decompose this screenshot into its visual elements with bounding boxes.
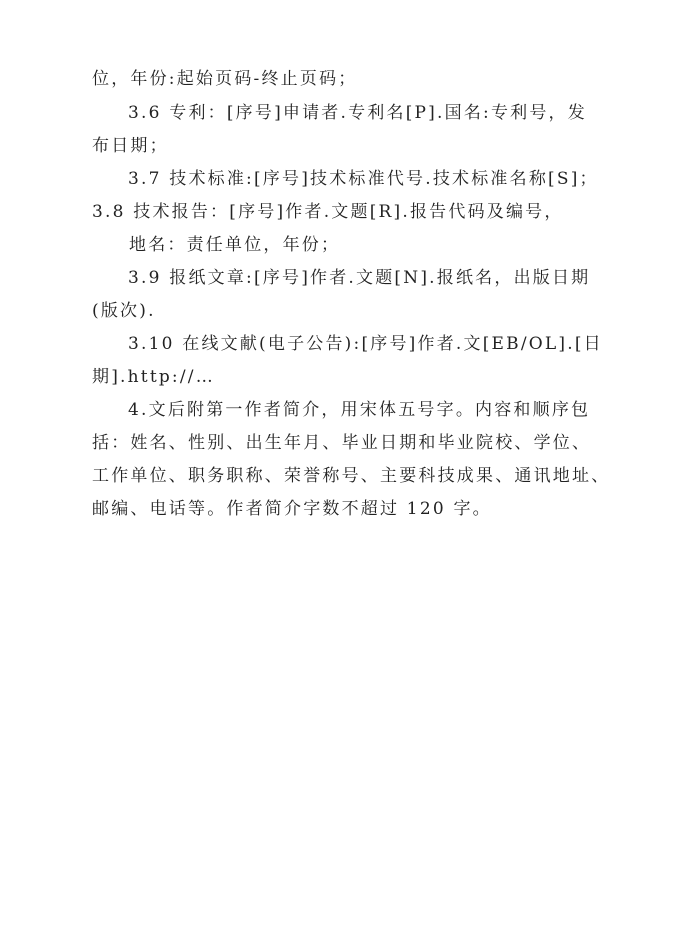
text-line-tech-standard: 3.7 技术标准:[序号]技术标准代号.技术标准名称[S]； [128, 168, 648, 190]
text-line-online-cont: 期].http://… [92, 366, 612, 388]
text-line-patent-cont: 布日期； [92, 135, 612, 157]
text-line-page-range: 位，年份:起始页码-终止页码； [92, 68, 612, 90]
text-line-author-bio-4: 邮编、电话等。作者简介字数不超过 120 字。 [92, 498, 612, 520]
text-line-patent: 3.6 专利：[序号]申请者.专利名[P].国名:专利号，发 [128, 102, 648, 124]
text-line-newspaper: 3.9 报纸文章:[序号]作者.文题[N].报纸名，出版日期 [128, 267, 648, 289]
text-line-newspaper-cont: (版次). [92, 300, 612, 322]
text-line-author-bio-3: 工作单位、职务职称、荣誉称号、主要科技成果、通讯地址、 [92, 465, 612, 487]
text-line-author-bio: 4.文后附第一作者简介，用宋体五号字。内容和顺序包 [128, 399, 648, 421]
text-line-tech-report: 3.8 技术报告：[序号]作者.文题[R].报告代码及编号， [92, 201, 612, 223]
document-page: 位，年份:起始页码-终止页码； 3.6 专利：[序号]申请者.专利名[P].国名… [0, 0, 696, 926]
text-line-tech-report-cont: 地名：责任单位，年份； [129, 234, 649, 256]
text-line-online: 3.10 在线文献(电子公告):[序号]作者.文[EB/OL].[日 [128, 333, 648, 355]
text-line-author-bio-2: 括：姓名、性别、出生年月、毕业日期和毕业院校、学位、 [92, 432, 612, 454]
